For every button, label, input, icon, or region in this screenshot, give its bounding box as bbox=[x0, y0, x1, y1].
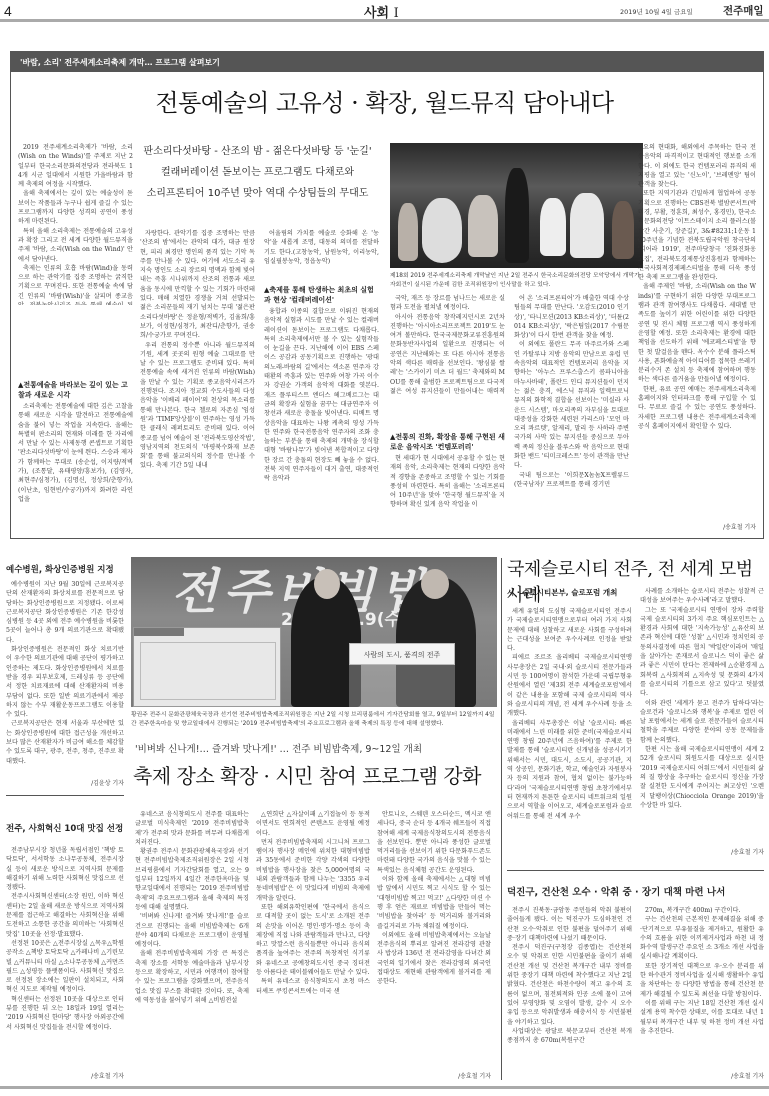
subhead-line: 판소리다섯바탕 - 산조의 밤 - 젊은다섯바탕 등 '눈길' bbox=[140, 141, 375, 162]
paragraph: 소리축제는 전통예술에 대한 깊은 고찰을 통해 새로운 시각을 발견하고 전통… bbox=[18, 402, 133, 504]
slowcity-byline: /송효철 기자 bbox=[640, 847, 764, 856]
paragraph: 올해 주제인 '바람, 소리(Wish on the Winds)'를 구현하기… bbox=[638, 282, 756, 384]
paragraph: 구는 건산천의 근본적인 문제해결을 위해 중·단기적으로 부유물질을 제거하고… bbox=[640, 915, 764, 961]
paragraph: 전주남부시장 청년몰 독립서점인 '책방 토닥토닥', 서서학동 소나무공동체,… bbox=[6, 846, 124, 892]
paragraph: 요의 현대화, 해외에서 주목하는 한국 전통음악의 파격적이고 현대적인 행보… bbox=[638, 143, 756, 189]
performer-figure bbox=[422, 198, 462, 263]
restaurants-byline: /송효철 기자 bbox=[6, 1071, 124, 1080]
paragraph: 유네스코 음식창의도시 전주를 대표하는 글로벌 미식축제인 '2019 전주비… bbox=[135, 810, 249, 847]
restaurants-article-title: 전주, 사회혁신 10대 맛집 선정 bbox=[6, 822, 131, 834]
paragraph: 2019 전주세계소리축제가 '바람, 소리(Wish on the Winds… bbox=[18, 143, 133, 189]
bibimbap-kicker: '비벼봐 신나게!… 즐겨봐 맛나게!' … 전주 비빔밥축제, 9~12일 개… bbox=[135, 741, 505, 755]
page-number: 4 bbox=[4, 3, 12, 19]
feature-col4: 국악, 재즈 등 장르를 넘나드는 새로운 실험과 도전을 펼쳐낼 예정이다. … bbox=[390, 294, 505, 394]
feature-subsection-head-2: ▲축제를 통해 탄생하는 최초의 실험과 현상 '컬래버레이션' bbox=[264, 285, 379, 305]
article-divider bbox=[6, 795, 124, 796]
paragraph: 이와 함께 올해 축제에서는 △대형 비빔밥 앞에서 시민도 찍고 시식도 할 … bbox=[377, 875, 491, 931]
paragraph: 축제는 인류의 호흡 바람(Wind)을 동력으로 하는 관악기를 집중 조명하… bbox=[18, 264, 133, 305]
feature-col1: 2019 전주세계소리축제가 '바람, 소리(Wish on the Winds… bbox=[18, 143, 133, 305]
hospital-article-title: 예수병원, 화상인증병원 지정 bbox=[6, 563, 131, 575]
festival-map-board bbox=[133, 627, 281, 707]
feature-col5: 어 온 '소리프론티어'가 배출한 역대 수상팀들의 무대를 만난다. '오감도… bbox=[514, 294, 629, 531]
paragraph: 아시아 전통음악 창작레지던시로 2년차 진행하는 '아시아소리프로젝트 201… bbox=[390, 313, 505, 394]
paragraph: 올해 축제에서는 깊이 있는 예술성이 돋보이는 작품들과 누구나 쉽게 즐길 … bbox=[18, 189, 133, 226]
slowcity-col2: 사례를 소개하는 슬로시티 전주는 성찰적 근대성을 보여주는 우수사례'라고 … bbox=[640, 587, 764, 845]
bibimbap-col1: 유네스코 음식창의도시 전주를 대표하는 글로벌 미식축제인 '2019 전주비… bbox=[135, 810, 249, 1076]
festival-stage-photo bbox=[390, 143, 643, 268]
paragraph: 혁신센터는 선정된 10곳을 대상으로 인터뷰를 진행한 뒤 오는 18일과 1… bbox=[6, 995, 124, 1032]
paragraph: 한편 시는 올해 국제슬로시티연맹이 세계 252개 슬로시티 회원도시를 대상… bbox=[640, 745, 764, 810]
bibimbap-col2: △연희단 △자살이패 △기접놀이 등 동적이면서도 연희적인 콘텐츠도 운영될 … bbox=[256, 810, 370, 1076]
paragraph: 사업대상은 광달로 북문교부터 건산천 복개종점까지 총 670m(복원구간 bbox=[507, 1027, 632, 1046]
slowcity-col1: 세계 유일의 도심형 국제슬로시티인 전주시가 국제슬로시티연맹으로부터 여러 … bbox=[507, 607, 632, 857]
paragraph: 특히 유네스코 음식창의도시 초청 마스터셰프 쿠킹콘서트에는 미국 샌 bbox=[256, 977, 370, 996]
feature-subsection-head-3: ▲전통의 진화, 확장을 통해 구현된 새로운 음악시조 '컨템포러리' bbox=[390, 432, 505, 452]
paragraph: 그는 또 '국제슬로시티 연맹이 장차 주력할 국제 슬로시티의 3가지 주요 … bbox=[640, 606, 764, 699]
stage-photo-caption: 제18회 2019 전주세계소리축제 개막날인 지난 2일 전주시 한국소리문화… bbox=[390, 272, 643, 289]
paragraph: 어울림의 가치를 예술로 승화해 온 '농악'을 새롭게 조명, 대동의 의미를… bbox=[264, 229, 379, 266]
podium-sign: 사람의 도시, 품격의 전주 bbox=[349, 643, 455, 665]
paragraph: 이 외에도 폴란드 무곡 마주르카와 스페인 카탈루냐 지방 음악의 만남으로 … bbox=[514, 340, 629, 470]
map-board-header bbox=[134, 628, 184, 636]
paragraph: 어 온 '소리프론티어'가 배출한 역대 수상팀들의 무대를 만난다. '오감도… bbox=[514, 294, 629, 340]
paragraph: 세계 유일의 도심형 국제슬로시티인 전주시가 국제슬로시티연맹으로부터 여러 … bbox=[507, 607, 632, 653]
subhead-line: 컬래버레이션 돋보이는 프로그램도 다채로와 bbox=[140, 162, 375, 183]
paragraph: 또한 지역기관과 긴밀하게 협업하여 공동 기획으로 진행하는 CBS전북 별밤… bbox=[638, 189, 756, 282]
column-divider bbox=[501, 558, 502, 1080]
face-left bbox=[314, 569, 340, 599]
paragraph: 270m, 복개구간 400m) 구간이다. bbox=[640, 906, 764, 915]
feature-col2: 자랑한다. 관악기를 집중 조명하는 만큼 '산조의 밤'에서는 관악의 대가,… bbox=[140, 229, 255, 531]
feature-headline: 전통예술의 고유성 · 확장, 월드뮤직 담아내다 bbox=[0, 83, 769, 118]
paper-name: 전주매일 bbox=[723, 3, 764, 18]
hospital-byline: /김윤상 기자 bbox=[6, 778, 124, 787]
bibimbap-press-photo: 전주비빔밥 2019.10.9(수) ~ 12 사람의 도시, 품격의 전주 bbox=[131, 557, 497, 707]
feature-col4b: 현 세대가 현 시대에서 공유할 수 있는 현재의 음악, 소리축제는 현재의 … bbox=[390, 454, 505, 531]
feature-subsection-head-1: ▲전통예술을 바라보는 깊이 있는 고찰과 새로운 시각 bbox=[18, 380, 133, 400]
paragraph: 우리 전통의 정수뿐 아니라 월드뮤직의 기원, 세계 곳곳의 원형 예술 그대… bbox=[140, 341, 255, 471]
performer-figure bbox=[570, 193, 604, 258]
paragraph: 국악, 재즈 등 장르를 넘나드는 새로운 실험과 도전을 펼쳐낼 예정이다. bbox=[390, 294, 505, 313]
feature-col6: 요의 현대화, 해외에서 주목하는 한국 전통음악의 파격적이고 현대적인 행보… bbox=[638, 143, 756, 518]
paragraph: 예수병원이 지난 9월 30일에 근로복지공단의 산재환자의 화상치료를 전문적… bbox=[6, 580, 124, 645]
stream-headline: 덕진구, 건산천 오수 · 악취 중 · 장기 대책 마련 나서 bbox=[507, 884, 767, 898]
paragraph: '비벼봐 신나게! 즐겨봐 맛나게!'를 슬로건으로 진행되는 올해 비빔밥축제… bbox=[135, 912, 249, 949]
paragraph: 전주시 진북동·금암동 주민들의 악취 불편이 줄어들게 됐다. 이는 덕진구가… bbox=[507, 906, 632, 943]
map-board-diagram bbox=[140, 642, 276, 700]
paragraph: 화상인증병원은 전문적인 화상 치료기반이 우수한 의료기관에 대해 공단이 평… bbox=[6, 645, 124, 719]
paragraph: 사례를 소개하는 슬로시티 전주는 성찰적 근대성을 보여주는 우수사례'라고 … bbox=[640, 587, 764, 606]
bibimbap-headline: 축제 장소 확장 · 시민 참여 프로그램 강화 bbox=[133, 760, 503, 789]
restaurants-article-body: 전주남부시장 청년몰 독립서점인 '책방 토닥토닥', 서서학동 소나무공동체,… bbox=[6, 846, 124, 1070]
stream-col1: 전주시 진북동·금암동 주민들의 악취 불편이 줄어들게 됐다. 이는 덕진구가… bbox=[507, 906, 632, 1078]
performer-figure bbox=[540, 198, 566, 256]
paragraph: 피에르 조르조 올리베티 국제슬로시티연맹 사무총장은 2일 국내·외 슬로시티… bbox=[507, 653, 632, 718]
face-right bbox=[421, 569, 449, 599]
paragraph: △연희단 △자살이패 △기접놀이 등 동적이면서도 연희적인 콘텐츠도 운영될 … bbox=[256, 810, 370, 838]
masthead-rule bbox=[0, 19, 769, 22]
issue-date: 2019년 10월 4일 금요일 bbox=[620, 7, 693, 16]
bibimbap-photo-caption: 황권주 전주시 문화관광체육국장과 선기현 전주비빔밥축제조직위원장은 지난 2… bbox=[131, 711, 497, 728]
feature-col3b: 융합과 이종의 결합으로 이뤄진 현재의 음악적 실험과 시도를 만날 수 있는… bbox=[264, 307, 379, 531]
paragraph: 국내 팀으로는 '이희문X놈놈X프렐류드(한국남자)' 프로젝트를 통해 경기민 bbox=[514, 471, 629, 490]
paragraph: 이를 위해 구는 지난 18일 건산천 개선 실시설계 용역 착수한 상태로, … bbox=[640, 999, 764, 1036]
paragraph: 먼저 전주비빔밥축제의 시그니처 프로그램이자 행사장 메인에 위치한 대형비빔… bbox=[256, 838, 370, 903]
bibimbap-col3: 안토니오, 스웨덴 오스터순드, 멕시코 엔세나다, 중국 순더 등 4개국 쉐… bbox=[377, 810, 491, 1060]
paragraph: 안토니오, 스웨덴 오스터순드, 멕시코 엔세나다, 중국 순더 등 4개국 쉐… bbox=[377, 810, 491, 875]
podium bbox=[349, 665, 455, 707]
stream-byline: /송효철 기자 bbox=[640, 1071, 764, 1080]
stream-col2: 270m, 복개구간 400m) 구간이다. 구는 건산천의 근본적인 문제해결… bbox=[640, 906, 764, 1066]
paragraph: 올리베티 사무총장은 이날 '슬로시티: 빠른 미래에서 느린 미래를 위한 준… bbox=[507, 719, 632, 821]
paragraph: 이외에도 올해 비빔밥축제에서는 오늘날 전주음식의 뿌리로 알려진 전라감영 … bbox=[377, 931, 491, 987]
paragraph: 황권주 전주시 문화관광체육국장과 선기현 전주비빔밥축제조직위원장은 2일 시… bbox=[135, 847, 249, 912]
bibimbap-byline: /송효철 기자 bbox=[377, 1071, 491, 1080]
paragraph: 이와 관련 '세계가 묻고 전주가 답하다'라는 슬로건과 '슬로니스와 행복'… bbox=[640, 699, 764, 745]
paragraph: 특히 올해 소리축제는 전통예술의 고유성과 확장 그리고 전 세계 다양한 월… bbox=[18, 227, 133, 264]
paragraph: 현 세대가 현 시대에서 공유할 수 있는 현재의 음악, 소리축제는 현재의 … bbox=[390, 454, 505, 510]
paragraph: 선정된 10곳은 △전주시장실 △목우△학원공작소 △책방 토닥토닥 △카페나비… bbox=[6, 939, 124, 995]
paragraph: 자랑한다. 관악기를 집중 조명하는 만큼 '산조의 밤'에서는 관악의 대가,… bbox=[140, 229, 255, 341]
speaker-figure bbox=[505, 168, 529, 263]
paragraph: 전주시 덕진구(구청장 김종엽)는 건산천의 오수 및 악취로 인한 시민불편을… bbox=[507, 943, 632, 1027]
feature-col3: 어울림의 가치를 예술로 승화해 온 '농악'을 새롭게 조명, 대동의 의미를… bbox=[264, 229, 379, 269]
performer-figure bbox=[612, 201, 634, 259]
paragraph: 전주시사회혁신센터(소장 원민, 이하 혁신센터)는 2일 올해 새로운 방식으… bbox=[6, 892, 124, 938]
paragraph: 또한 장기적인 대책으로 우·오수 분리를 위한 하수관거 정비사업을 실시해 … bbox=[640, 962, 764, 999]
paragraph: 근로복지공단은 현재 서울과 부산에만 있는 화상인증병원에 대한 접근성을 개… bbox=[6, 719, 124, 765]
performer-figure bbox=[468, 195, 498, 257]
article-divider bbox=[507, 870, 764, 871]
performer-figure bbox=[398, 203, 418, 261]
subhead-line: 소리프론티어 10주년 맞아 역대 수상팀들의 무대도 bbox=[140, 183, 375, 204]
feature-col1b: 소리축제는 전통예술에 대한 깊은 고찰을 통해 새로운 시각을 발견하고 전통… bbox=[18, 402, 133, 530]
feature-subheads: 판소리다섯바탕 - 산조의 밤 - 젊은다섯바탕 등 '눈길' 컬래버레이션 돋… bbox=[140, 141, 375, 204]
slowcity-subhead: 시 · 슬로시티본부, 슬로포럼 개최 bbox=[507, 587, 637, 598]
footer-rule bbox=[0, 1086, 769, 1089]
paragraph: 융합과 이종의 결합으로 이뤄진 현재의 음악적 실험과 시도를 만날 수 있는… bbox=[264, 307, 379, 484]
feature-kicker: '바람, 소리' 전주세계소리축제 개막… 프로그램 살펴보기 bbox=[20, 57, 220, 68]
paragraph: 올해 전주비빔밥축제의 가장 큰 특징은 축제 장소를 서학동 예술마을과 남부… bbox=[135, 949, 249, 1005]
hospital-article-body: 예수병원이 지난 9월 30일에 근로복지공단의 산재환자의 화상치료를 전문적… bbox=[6, 580, 124, 776]
paragraph: 한편, 유료 공연 예매는 전주세계소리축제 홈페이지와 인터파크를 통해 구입… bbox=[638, 385, 756, 431]
feature-byline: /송효철 기자 bbox=[638, 522, 756, 531]
paragraph: 또한 해외유학인편에 '한국에서 음식으로 대적할 곳이 없는 도시'로 소개된… bbox=[256, 903, 370, 977]
